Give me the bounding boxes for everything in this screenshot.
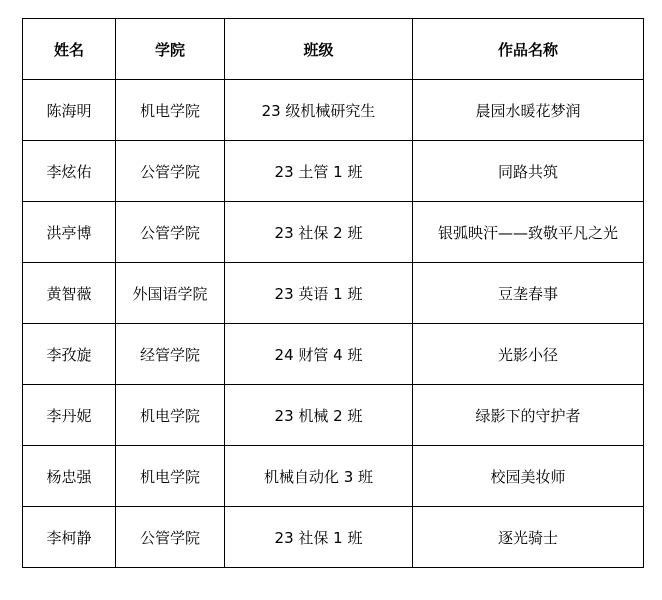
- cell-name: 黄智薇: [23, 263, 116, 324]
- header-college: 学院: [116, 19, 225, 80]
- cell-college: 公管学院: [116, 141, 225, 202]
- cell-college: 机电学院: [116, 446, 225, 507]
- cell-work-title: 光影小径: [413, 324, 644, 385]
- table-row: 黄智薇 外国语学院 23 英语 1 班 豆垄春事: [23, 263, 644, 324]
- cell-name: 陈海明: [23, 80, 116, 141]
- cell-work-title: 校园美妆师: [413, 446, 644, 507]
- table-header-row: 姓名 学院 班级 作品名称: [23, 19, 644, 80]
- table-row: 洪亭博 公管学院 23 社保 2 班 银弧映汗——致敬平凡之光: [23, 202, 644, 263]
- cell-name: 李柯静: [23, 507, 116, 568]
- cell-class: 23 土管 1 班: [225, 141, 413, 202]
- cell-work-title: 晨园水暖花梦润: [413, 80, 644, 141]
- cell-class: 机械自动化 3 班: [225, 446, 413, 507]
- cell-college: 公管学院: [116, 202, 225, 263]
- cell-college: 机电学院: [116, 80, 225, 141]
- cell-name: 洪亭博: [23, 202, 116, 263]
- cell-name: 杨忠强: [23, 446, 116, 507]
- cell-work-title: 绿影下的守护者: [413, 385, 644, 446]
- cell-class: 23 级机械研究生: [225, 80, 413, 141]
- table-row: 李孜旋 经管学院 24 财管 4 班 光影小径: [23, 324, 644, 385]
- cell-class: 23 机械 2 班: [225, 385, 413, 446]
- table-row: 李柯静 公管学院 23 社保 1 班 逐光骑士: [23, 507, 644, 568]
- table-row: 陈海明 机电学院 23 级机械研究生 晨园水暖花梦润: [23, 80, 644, 141]
- participants-table: 姓名 学院 班级 作品名称 陈海明 机电学院 23 级机械研究生 晨园水暖花梦润…: [22, 18, 644, 568]
- cell-work-title: 银弧映汗——致敬平凡之光: [413, 202, 644, 263]
- cell-class: 24 财管 4 班: [225, 324, 413, 385]
- cell-class: 23 社保 1 班: [225, 507, 413, 568]
- table-row: 李丹妮 机电学院 23 机械 2 班 绿影下的守护者: [23, 385, 644, 446]
- header-name: 姓名: [23, 19, 116, 80]
- cell-work-title: 豆垄春事: [413, 263, 644, 324]
- cell-college: 经管学院: [116, 324, 225, 385]
- cell-class: 23 英语 1 班: [225, 263, 413, 324]
- table-row: 李炫佑 公管学院 23 土管 1 班 同路共筑: [23, 141, 644, 202]
- table-row: 杨忠强 机电学院 机械自动化 3 班 校园美妆师: [23, 446, 644, 507]
- header-work-title: 作品名称: [413, 19, 644, 80]
- cell-name: 李孜旋: [23, 324, 116, 385]
- header-class: 班级: [225, 19, 413, 80]
- cell-work-title: 同路共筑: [413, 141, 644, 202]
- cell-name: 李丹妮: [23, 385, 116, 446]
- cell-college: 外国语学院: [116, 263, 225, 324]
- cell-class: 23 社保 2 班: [225, 202, 413, 263]
- cell-college: 机电学院: [116, 385, 225, 446]
- cell-work-title: 逐光骑士: [413, 507, 644, 568]
- cell-college: 公管学院: [116, 507, 225, 568]
- cell-name: 李炫佑: [23, 141, 116, 202]
